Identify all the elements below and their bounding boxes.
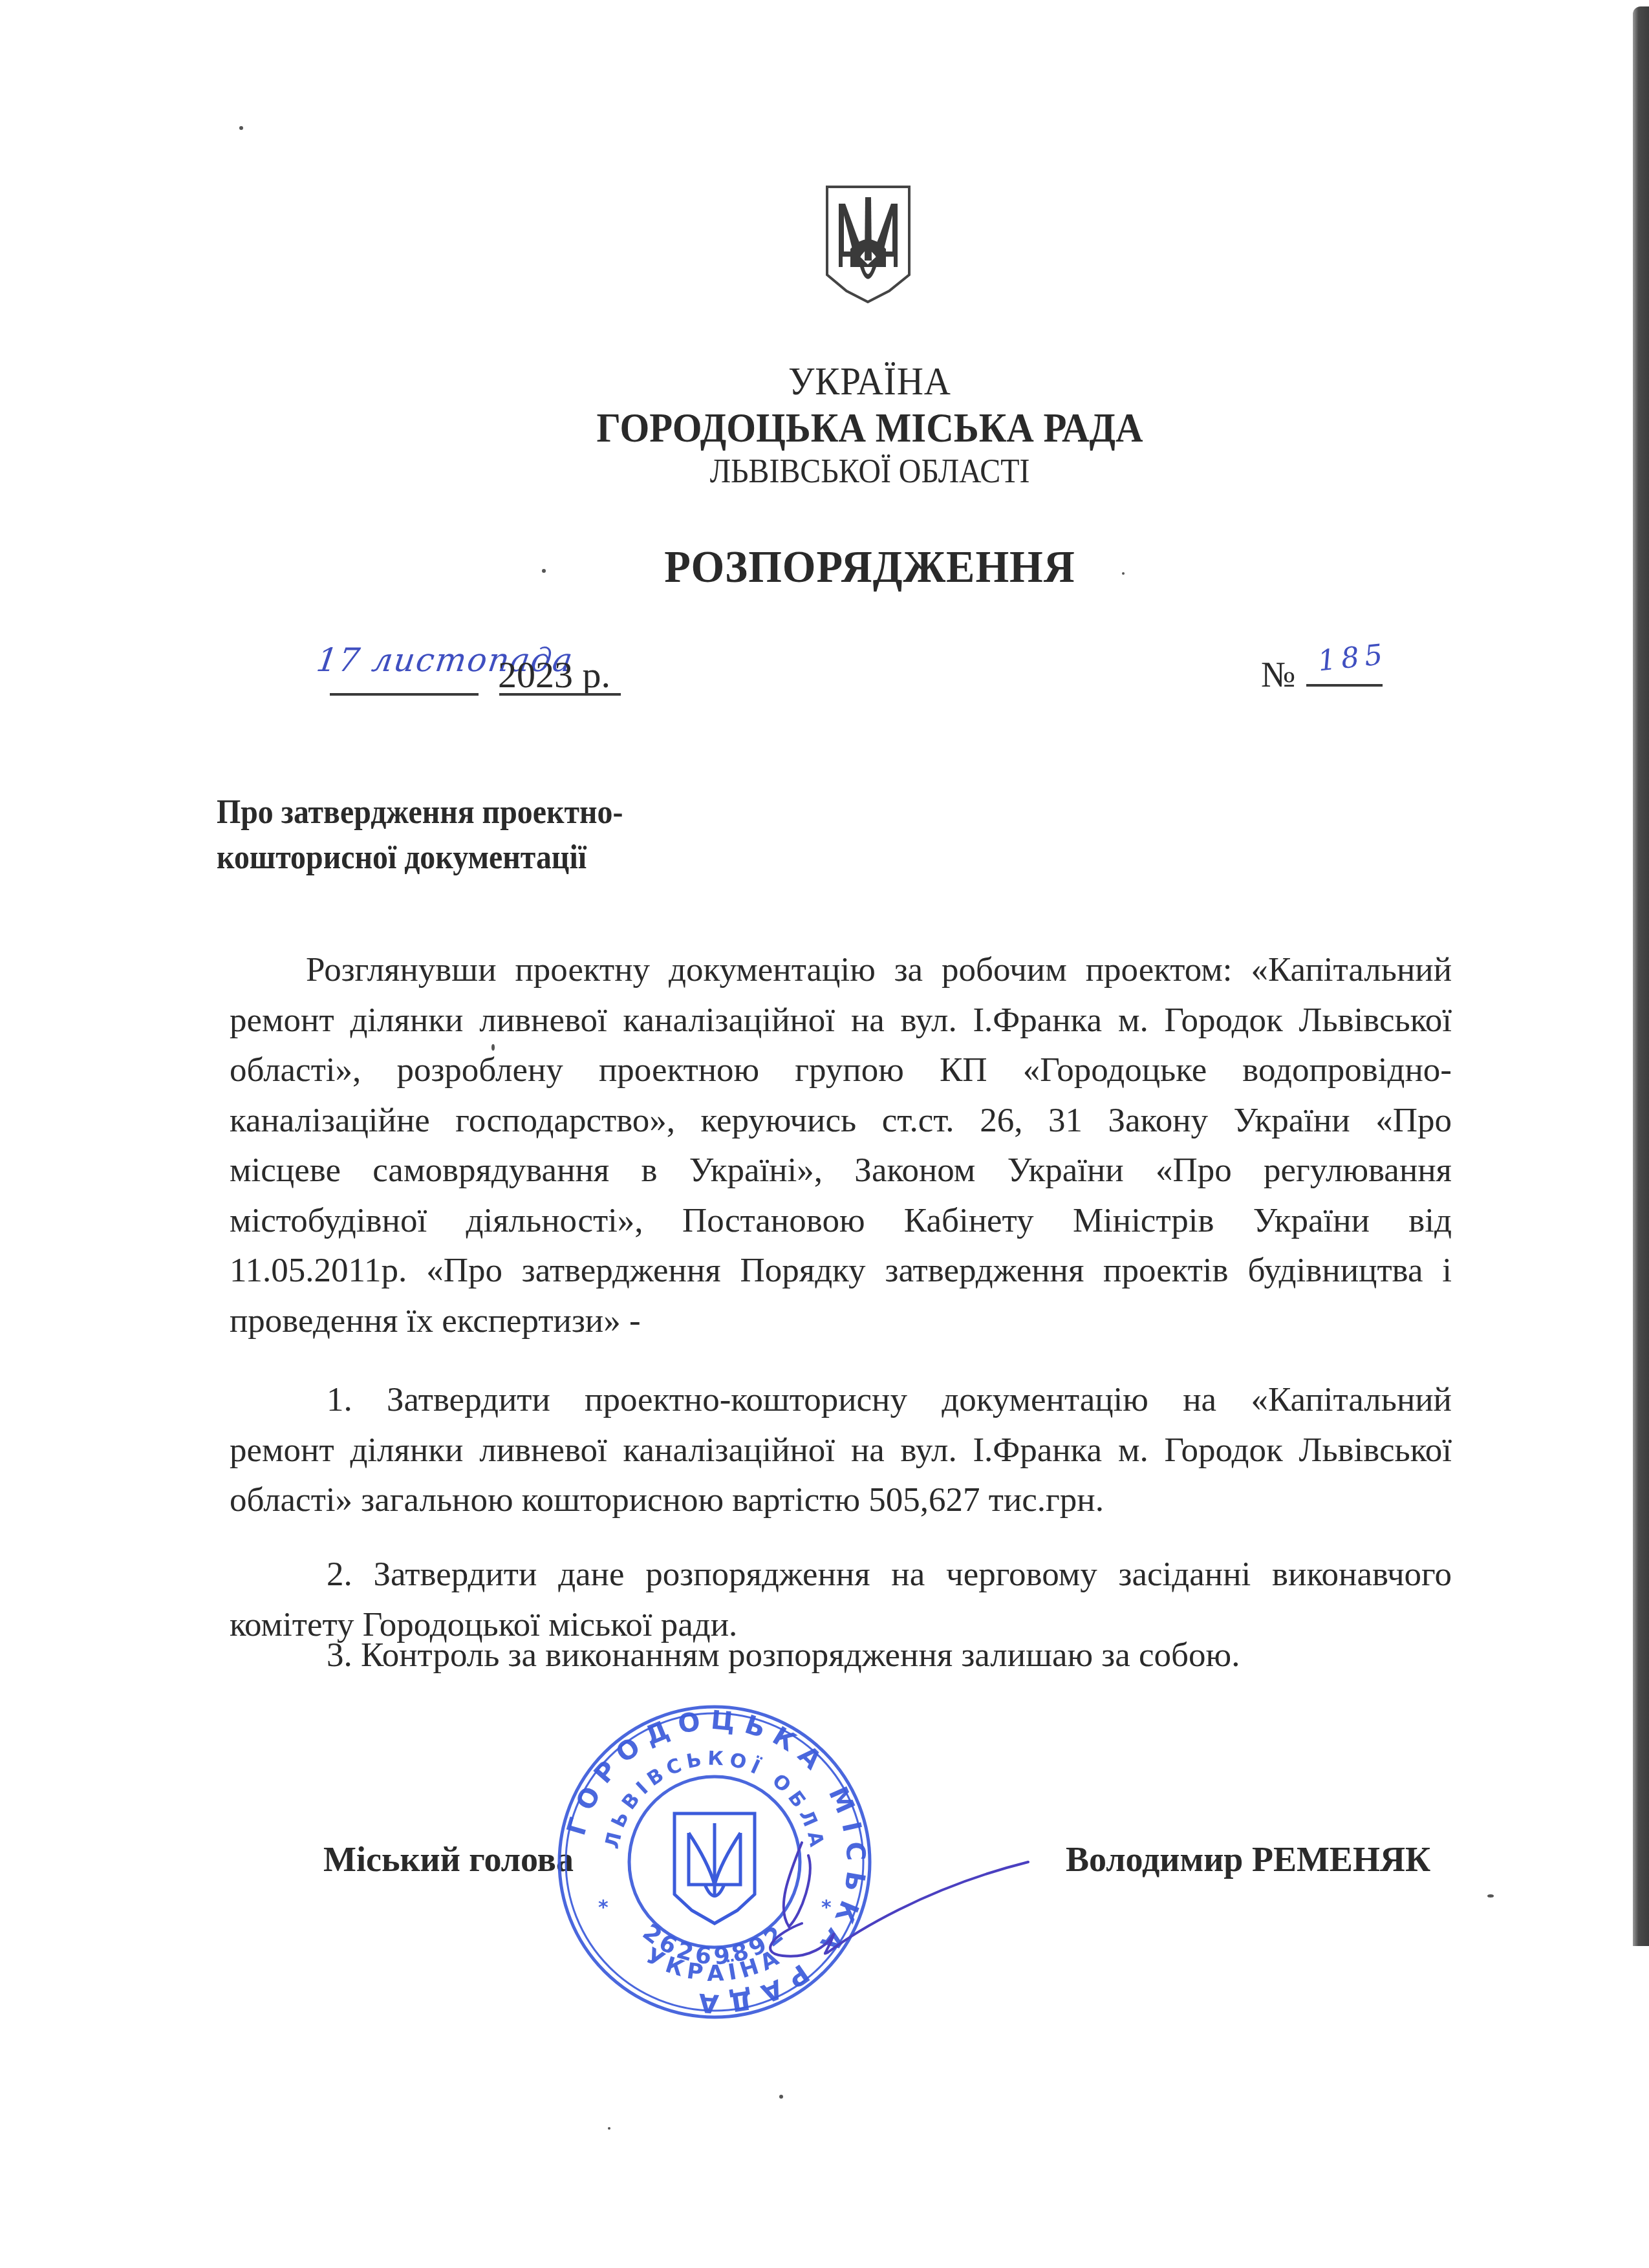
document-date: 17 листопада 2023 р.	[310, 640, 711, 698]
number-sign: №	[1261, 654, 1295, 696]
paragraph-line: місцеве самоврядування в Україні», Закон…	[230, 1146, 1452, 1196]
date-year: 2023 р.	[498, 653, 610, 696]
paragraph-line: Розглянувши проектну документацію за роб…	[230, 945, 1452, 996]
year-underline	[499, 693, 621, 696]
signatory-title: Міський голова	[323, 1839, 574, 1879]
handwritten-signature	[763, 1836, 1035, 1965]
trident-coat-of-arms-icon	[824, 184, 912, 304]
handwritten-number: 185	[1317, 637, 1390, 678]
resolution-item-1: 1. Затвердити проектно-кошторисну докуме…	[230, 1375, 1452, 1526]
scanner-edge	[1633, 6, 1649, 1946]
signatory-name: Володимир РЕМЕНЯК	[1066, 1839, 1430, 1879]
document-number: № 185	[1261, 640, 1429, 705]
item-line: області» загальною кошторисною вартістю …	[230, 1475, 1452, 1526]
council-heading: ГОРОДОЦЬКА МІСЬКА РАДА	[70, 404, 1649, 452]
resolution-item-3: 3. Контроль за виконанням розпорядження …	[230, 1631, 1452, 1681]
paragraph-line: каналізаційне господарство», керуючись с…	[230, 1096, 1452, 1146]
scan-speck	[239, 126, 243, 130]
scan-speck	[608, 2127, 610, 2130]
stamp-trident-icon	[674, 1813, 755, 1923]
scan-speck	[542, 569, 546, 573]
scan-speck	[1122, 572, 1125, 575]
svg-text:*: *	[598, 1896, 609, 1919]
paragraph-line: 11.05.2011р. «Про затвердження Порядку з…	[230, 1246, 1452, 1296]
number-underline	[1306, 684, 1383, 687]
scan-speck	[779, 2095, 783, 2099]
preamble-paragraph: Розглянувши проектну документацію за роб…	[230, 945, 1452, 1346]
region-heading: ЛЬВІВСЬКОЇ ОБЛАСТІ	[70, 453, 1649, 491]
subject-line: Про затвердження проектно-	[217, 790, 623, 835]
subject-heading: Про затвердження проектно- кошторисної д…	[217, 790, 623, 881]
document-type-title: РОЗПОРЯДЖЕННЯ	[43, 542, 1649, 594]
subject-line: кошторисної документації	[217, 835, 623, 881]
scan-speck	[491, 1044, 495, 1051]
date-underline	[330, 693, 479, 696]
country-heading: УКРАЇНА	[70, 359, 1649, 405]
paragraph-line: області», розроблену проектною групою КП…	[230, 1045, 1452, 1096]
scan-speck	[1487, 1894, 1494, 1898]
item-line: 3. Контроль за виконанням розпорядження …	[230, 1631, 1452, 1681]
item-line: 2. Затвердити дане розпорядження на черг…	[230, 1550, 1452, 1600]
paragraph-line: ремонт ділянки ливневої каналізаційної н…	[230, 996, 1452, 1046]
item-line: 1. Затвердити проектно-кошторисну докуме…	[230, 1375, 1452, 1426]
item-line: ремонт ділянки ливневої каналізаційної н…	[230, 1426, 1452, 1476]
paragraph-line: проведення їх експертизи» -	[230, 1296, 1452, 1347]
paragraph-line: містобудівної діяльності», Постановою Ка…	[230, 1196, 1452, 1246]
